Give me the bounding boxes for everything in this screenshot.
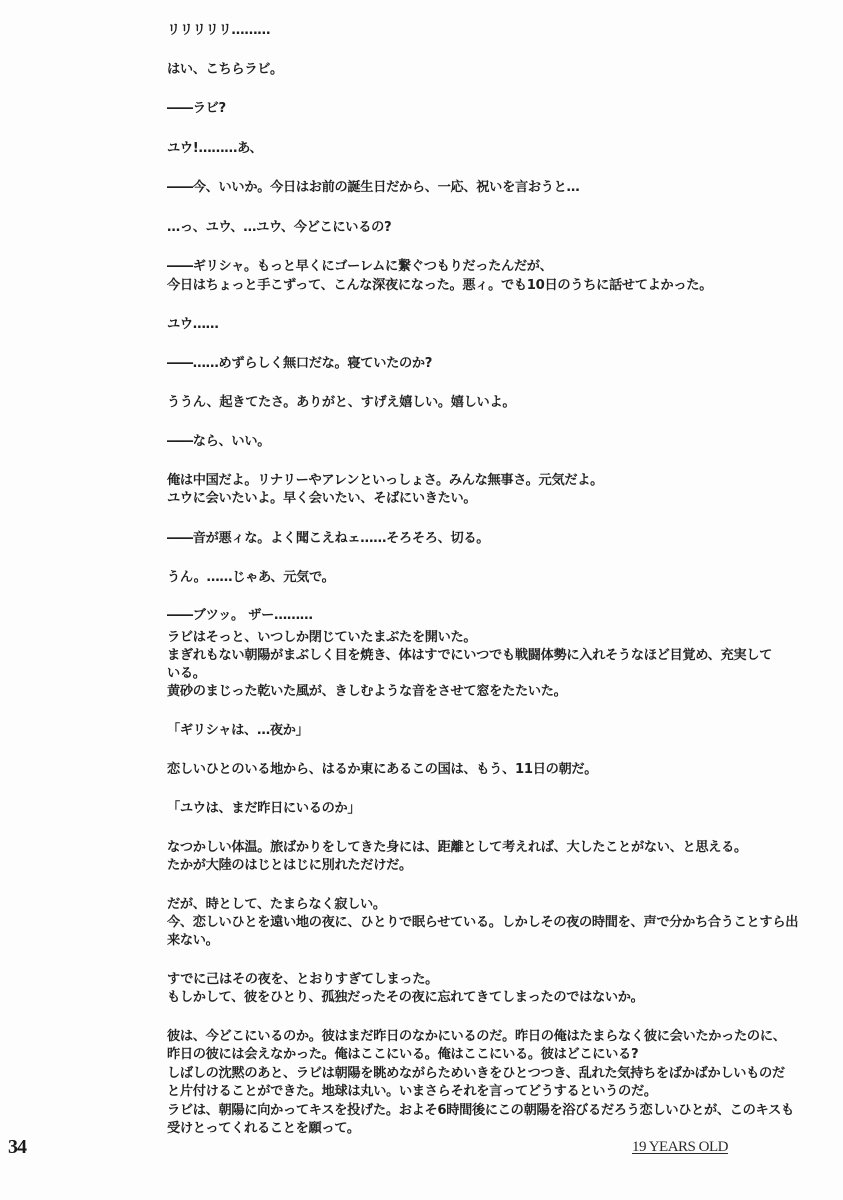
page-number: 34 <box>8 1136 26 1159</box>
text-line: 受けとってくれることを願って。 <box>167 1120 360 1138</box>
text-line: ユウ…… <box>167 316 219 334</box>
text-line: ううん、起きてたさ。ありがと、すげえ嬉しい。嬉しいよ。 <box>167 394 515 412</box>
text-line: ――ラビ? <box>167 100 226 118</box>
text-line: リリリリリ……… <box>167 22 270 40</box>
text-line: 彼は、今どこにいるのか。彼はまだ昨日のなかにいるのだ。昨日の俺はたまらなく彼に会… <box>167 1028 786 1046</box>
text-line: と片付けることができた。地球は丸い。いまさらそれを言ってどうするというのだ。 <box>167 1083 657 1101</box>
text-line: ――ブツッ。 ザー……… <box>167 607 313 625</box>
text-line: まぎれもない朝陽がまぶしく目を焼き、体はすでにいつでも戦闘体勢に入れそうなほど目… <box>167 647 772 665</box>
text-line: なつかしい体温。旅ばかりをしてきた身には、距離として考えれば、大したことがない、… <box>167 839 747 857</box>
text-line: ――……めずらしく無口だな。寝ていたのか? <box>167 355 432 373</box>
text-line: 昨日の彼には会えなかった。俺はここにいる。俺はここにいる。彼はどこにいる? <box>167 1046 638 1064</box>
text-line: 今日はちょっと手こずって、こんな深夜になった。悪ィ。でも10日のうちに話せてよか… <box>167 277 712 295</box>
text-line: ラビはそっと、いつしか閉じていたまぶたを開いた。 <box>167 629 476 647</box>
text-line: 恋しいひとのいる地から、はるか東にあるこの国は、もう、11日の朝だ。 <box>167 761 597 779</box>
document-page: リリリリリ………はい、こちらラビ。――ラビ?ユウ!………あ、――今、いいか。今日… <box>0 0 843 1200</box>
text-line: 今、恋しいひとを遠い地の夜に、ひとりで眠らせている。しかしその夜の時間を、声で分… <box>167 914 798 932</box>
text-line: ――なら、いい。 <box>167 433 270 451</box>
text-line: ――今、いいか。今日はお前の誕生日だから、一応、祝いを言おうと… <box>167 179 579 197</box>
text-line: しばしの沈黙のあと、ラビは朝陽を眺めながらためいきをひとつつき、乱れた気持ちをば… <box>167 1065 785 1083</box>
text-line: 来ない。 <box>167 932 219 950</box>
text-line: すでに己はその夜を、とおりすぎてしまった。 <box>167 971 438 989</box>
text-line: 黄砂のまじった乾いた風が、きしむような音をさせて窓をたたいた。 <box>167 683 567 701</box>
text-line: 「ユウは、まだ昨日にいるのか」 <box>167 800 360 818</box>
text-line: 「ギリシャは、…夜か」 <box>167 722 309 740</box>
text-line: ユウに会いたいよ。早く会いたい、そばにいきたい。 <box>167 490 476 508</box>
text-line: たかが大陸のはじとはじに別れただけだ。 <box>167 857 412 875</box>
text-line: ――音が悪ィな。よく聞こえねェ……そろそろ、切る。 <box>167 530 489 548</box>
text-line: 俺は中国だよ。リナリーやアレンといっしょさ。みんな無事さ。元気だよ。 <box>167 472 603 490</box>
text-line: だが、時として、たまらなく寂しい。 <box>167 896 386 914</box>
running-title: 19 YEARS OLD <box>632 1139 728 1156</box>
text-line: ラビは、朝陽に向かってキスを投げた。およそ6時間後にこの朝陽を浴びるだろう恋しい… <box>167 1102 794 1120</box>
text-line: もしかして、彼をひとり、孤独だったその夜に忘れてきてしまったのではないか。 <box>167 989 644 1007</box>
text-line: うん。……じゃあ、元気で。 <box>167 569 335 587</box>
text-line: ユウ!………あ、 <box>167 140 262 158</box>
text-line: ――ギリシャ。もっと早くにゴーレムに繋ぐつもりだったんだが、 <box>167 258 553 276</box>
text-line: いる。 <box>167 665 206 683</box>
text-line: …っ、ユウ、…ユウ、今どこにいるの? <box>167 219 391 237</box>
text-line: はい、こちらラビ。 <box>167 61 283 79</box>
